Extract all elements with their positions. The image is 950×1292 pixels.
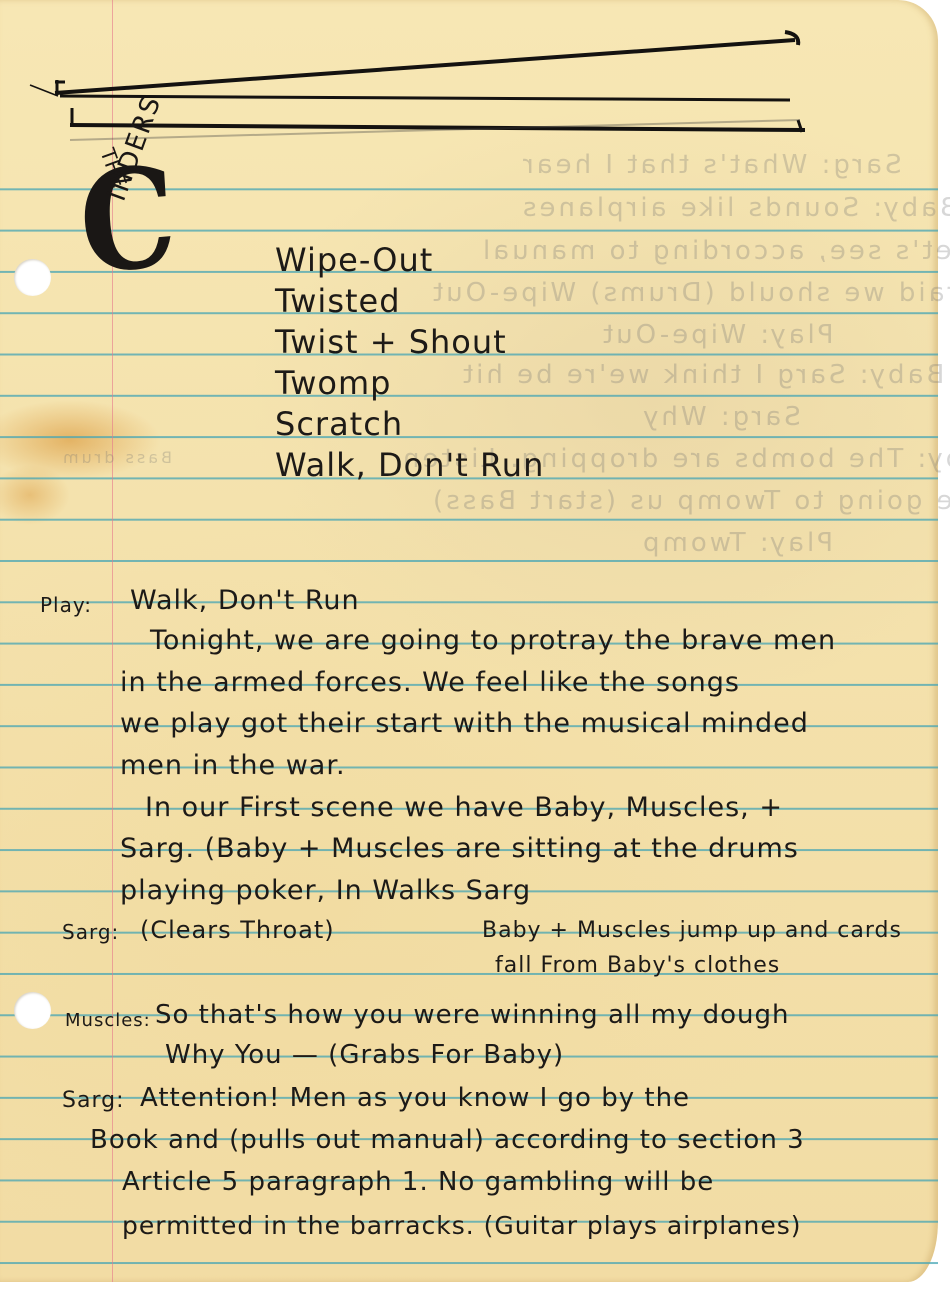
bleed-line: Play: Wipe-Out	[600, 320, 833, 350]
setlist-item: Twisted	[275, 281, 544, 322]
stage-note: fall From Baby's clothes	[495, 945, 780, 986]
speaker-sarg: Sarg:	[62, 912, 119, 953]
binder-hole-top	[14, 259, 51, 296]
setlist: Wipe-Out Twisted Twist + Shout Twomp Scr…	[275, 240, 544, 486]
script-line: In our First scene we have Baby, Muscles…	[145, 787, 783, 828]
dialogue-line: permitted in the barracks. (Guitar plays…	[122, 1205, 802, 1246]
setlist-item: Twist + Shout	[275, 322, 544, 363]
script-line: Tonight, we are going to protray the bra…	[150, 620, 836, 661]
script-line: men in the war.	[120, 745, 346, 786]
binder-hole-bottom	[14, 992, 51, 1029]
play-label: Play:	[40, 585, 92, 626]
setlist-item: Walk, Don't Run	[275, 445, 544, 486]
bleed-line: Baby: Sounds like airplanes	[520, 193, 950, 223]
sarg-action: (Clears Throat)	[140, 910, 335, 951]
bleed-line: They're going to Twomp us (start Bass)	[430, 486, 950, 516]
speaker-sarg-2: Sarg:	[62, 1080, 124, 1121]
play-title: Walk, Don't Run	[130, 580, 360, 621]
script-line: in the armed forces. We feel like the so…	[120, 662, 740, 703]
dialogue-line: Why You — (Grabs For Baby)	[165, 1035, 564, 1076]
speaker-muscles: Muscles:	[65, 1000, 151, 1041]
bleed-stain-label: Bass drum	[60, 448, 172, 467]
setlist-item: Scratch	[275, 404, 544, 445]
dialogue-line: Book and (pulls out manual) according to…	[90, 1120, 805, 1161]
bleed-line: Play: Twomp	[640, 528, 833, 558]
dialogue-line: Attention! Men as you know I go by the	[140, 1078, 690, 1119]
setlist-item: Wipe-Out	[275, 240, 544, 281]
script-line: Sarg. (Baby + Muscles are sitting at the…	[120, 828, 799, 869]
dialogue-line: So that's how you were winning all my do…	[155, 995, 789, 1036]
bleed-line: Sarg: Let's see, according to manual	[480, 236, 950, 266]
bleed-line: Sarg: Why	[640, 402, 801, 432]
script-line: playing poker, In Walks Sarg	[120, 870, 531, 911]
dialogue-line: Article 5 paragraph 1. No gambling will …	[122, 1162, 714, 1203]
setlist-item: Twomp	[275, 363, 544, 404]
script-line: we play got their start with the musical…	[120, 703, 809, 744]
